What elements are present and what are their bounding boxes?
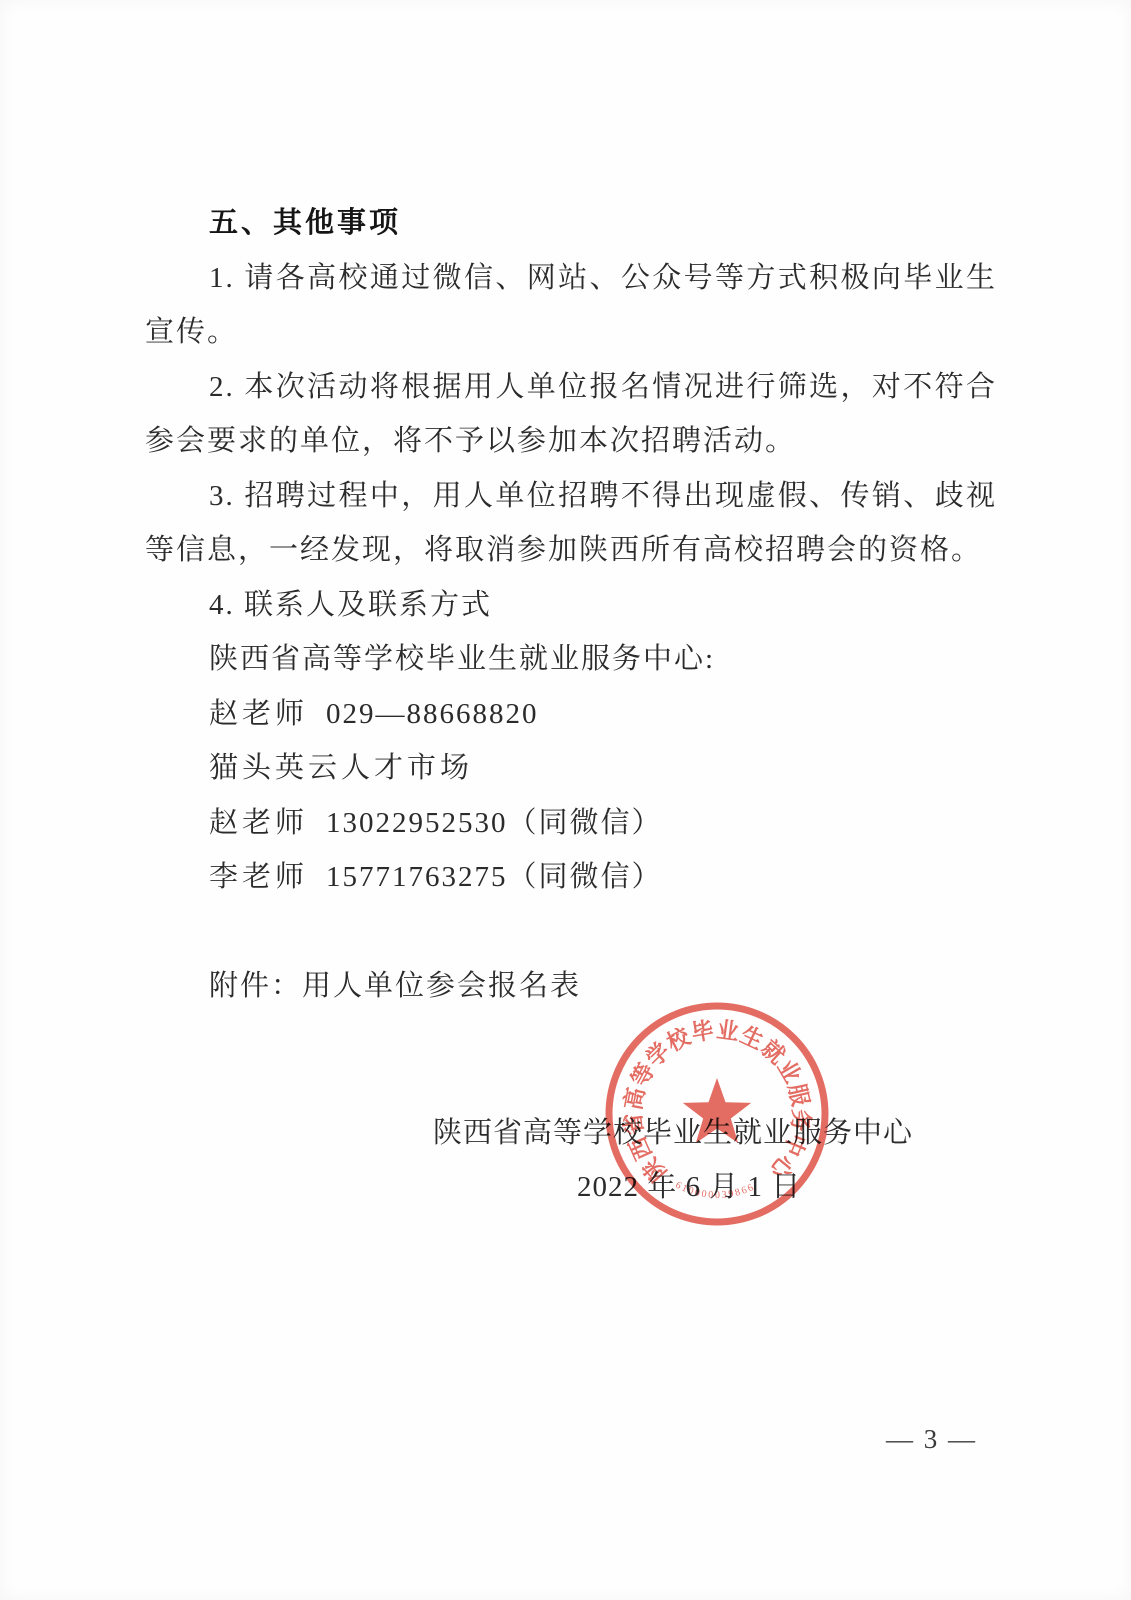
contact-phone: 15771763275（同微信） bbox=[326, 861, 663, 893]
contact-center-line: 陕西省高等学校毕业生就业服务中心: bbox=[145, 632, 997, 687]
document-page: 五、其他事项 1. 请各高校通过微信、网站、公众号等方式积极向毕业生 宣传。 2… bbox=[0, 0, 1131, 1600]
section-heading: 五、其他事项 bbox=[145, 196, 997, 251]
contact-row: 赵老师029—88668820 bbox=[145, 687, 997, 742]
paragraph-1-line-2: 宣传。 bbox=[145, 305, 997, 360]
blank-line bbox=[145, 905, 997, 960]
contact-row: 猫头英云人才市场 bbox=[145, 741, 997, 796]
blank-space bbox=[145, 1014, 997, 1106]
official-seal: 陕西省高等学校毕业生就业服务中心 610000039866 bbox=[598, 995, 836, 1233]
contact-row: 赵老师13022952530（同微信） bbox=[145, 796, 997, 851]
paragraph-4-heading: 4. 联系人及联系方式 bbox=[145, 578, 997, 633]
contact-row: 李老师15771763275（同微信） bbox=[145, 850, 997, 905]
star-icon bbox=[683, 1078, 751, 1143]
seal-code: 610000039866 bbox=[674, 1180, 757, 1201]
paragraph-1-line-1: 1. 请各高校通过微信、网站、公众号等方式积极向毕业生 bbox=[145, 251, 997, 306]
page-number: — 3 — bbox=[886, 1424, 977, 1455]
attachment-line: 附件：用人单位参会报名表 bbox=[145, 959, 997, 1014]
seal-code-holder: 610000039866 bbox=[674, 1180, 757, 1201]
contact-name: 赵老师 bbox=[209, 698, 308, 730]
contact-name: 赵老师 bbox=[209, 807, 308, 839]
contact-phone: 029—88668820 bbox=[326, 698, 539, 730]
paragraph-2-line-1: 2. 本次活动将根据用人单位报名情况进行筛选，对不符合 bbox=[145, 360, 997, 415]
contact-name: 猫头英云人才市场 bbox=[209, 752, 473, 784]
paragraph-2-line-2: 参会要求的单位，将不予以参加本次招聘活动。 bbox=[145, 414, 997, 469]
contact-phone: 13022952530（同微信） bbox=[326, 807, 663, 839]
paragraph-3-line-2: 等信息，一经发现，将取消参加陕西所有高校招聘会的资格。 bbox=[145, 523, 997, 578]
document-body: 五、其他事项 1. 请各高校通过微信、网站、公众号等方式积极向毕业生 宣传。 2… bbox=[145, 196, 997, 1215]
contact-name: 李老师 bbox=[209, 861, 308, 893]
paragraph-3-line-1: 3. 招聘过程中，用人单位招聘不得出现虚假、传销、歧视 bbox=[145, 469, 997, 524]
